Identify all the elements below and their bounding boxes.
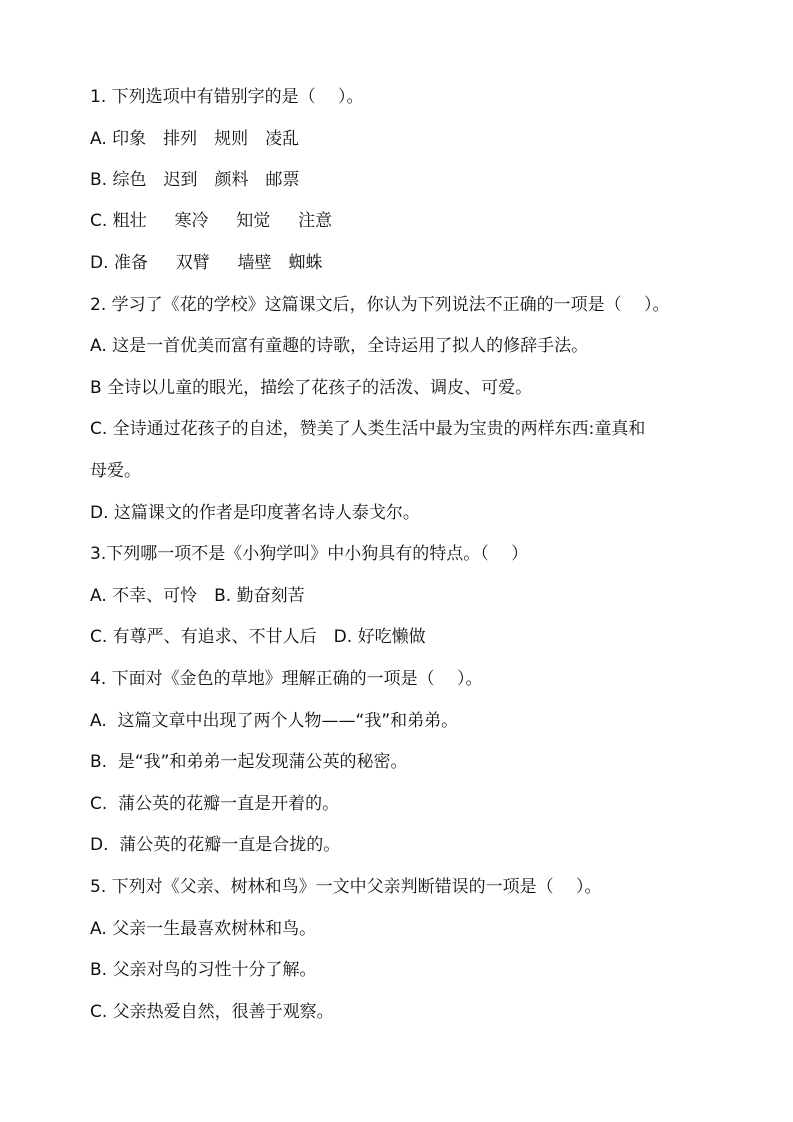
q5-option-b: B. 父亲对鸟的习性十分了解。 [90,958,316,982]
question-4: 4. 下面对《金色的草地》理解正确的一项是（ ）。 [90,667,483,691]
q4-option-a: A. 这篇文章中出现了两个人物——“我”和弟弟。 [90,709,458,733]
question-5: 5. 下列对《父亲、树林和鸟》一文中父亲判断错误的一项是（ ）。 [90,875,602,899]
q2-option-c-cont: 母爱。 [90,459,141,483]
question-2: 2. 学习了《花的学校》这篇课文后，你认为下列说法不正确的一项是（ ）。 [90,293,670,317]
q2-option-b: B 全诗以儿童的眼光，描绘了花孩子的活泼、调皮、可爱。 [90,376,532,400]
q5-option-c: C. 父亲热爱自然，很善于观察。 [90,1000,334,1024]
question-3: 3.下列哪一项不是《小狗学叫》中小狗具有的特点。（ ） [90,542,528,566]
q1-option-b: B. 综色 迟到 颜料 邮票 [90,168,299,192]
q4-option-b: B. 是“我”和弟弟一起发现蒲公英的秘密。 [90,750,408,774]
q4-option-d: D. 蒲公英的花瓣一直是合拢的。 [90,833,340,857]
q3-options-cd: C. 有尊严、有追求、不甘人后 D. 好吃懒做 [90,625,426,649]
q2-option-d: D. 这篇课文的作者是印度著名诗人泰戈尔。 [90,501,420,525]
q2-option-a: A. 这是一首优美而富有童趣的诗歌，全诗运用了拟人的修辞手法。 [90,334,588,358]
q5-option-a: A. 父亲一生最喜欢树林和鸟。 [90,917,316,941]
q3-options-ab: A. 不幸、可怜 B. 勤奋刻苦 [90,584,305,608]
q1-option-c: C. 粗壮 寒冷 知觉 注意 [90,209,332,233]
q1-option-a: A. 印象 排列 规则 凌乱 [90,127,299,151]
question-1: 1. 下列选项中有错别字的是（ ）。 [90,85,364,109]
q4-option-c: C. 蒲公英的花瓣一直是开着的。 [90,792,339,816]
q2-option-c: C. 全诗通过花孩子的自述，赞美了人类生活中最为宝贵的两样东西:童真和 [90,417,645,441]
q1-option-d: D. 准备 双臂 墙壁 蜘蛛 [90,251,323,275]
